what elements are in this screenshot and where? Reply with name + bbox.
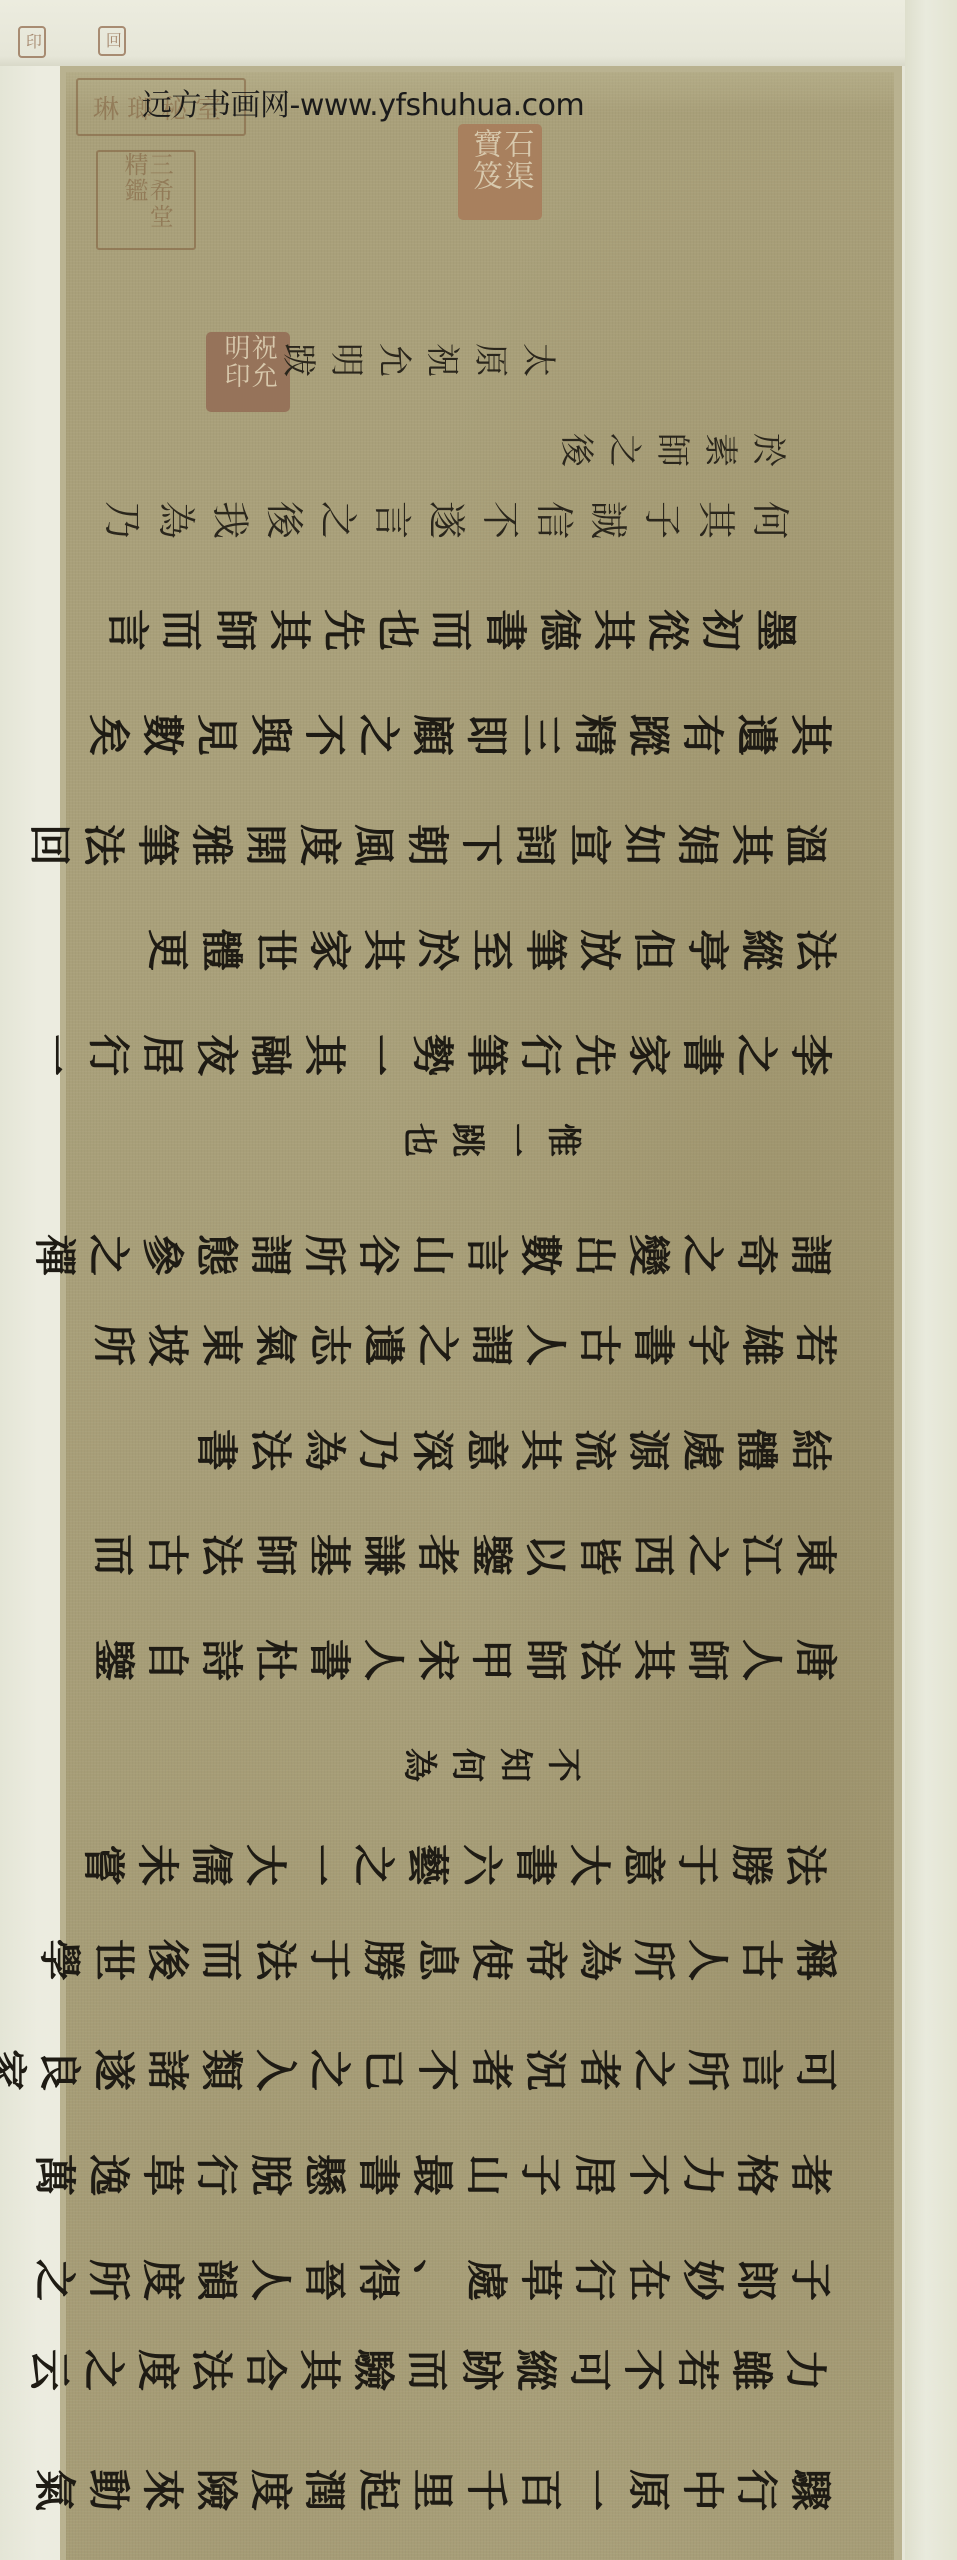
calligraphy-character: 格 [731,2150,781,2200]
calligraphy-character: 于 [672,1840,722,1890]
calligraphy-character: 可 [564,2345,614,2395]
calligraphy-character: 書 [304,1635,354,1685]
seal-text: 回 [104,32,121,50]
calligraphy-character: 其 [588,605,638,655]
calligraphy-character: 杜 [250,1635,300,1685]
calligraphy-character: 筆 [132,820,182,870]
calligraphy-character: 一 [569,2465,619,2515]
calligraphy-character: 稱 [790,1935,840,1985]
calligraphy-character: 家 [623,1030,673,1080]
calligraphy-character: 古 [736,1935,786,1985]
calligraphy-character: 雄 [736,1320,786,1370]
calligraphy-character: 藝 [402,1840,452,1890]
calligraphy-character: 人 [520,1320,570,1370]
calligraphy-character: 意 [618,1840,668,1890]
calligraphy-character: 放 [574,925,624,975]
calligraphy-character: 法 [790,925,840,975]
calligraphy-character: 有 [677,710,727,760]
calligraphy-character: 度 [294,820,344,870]
calligraphy-character: 即 [461,710,511,760]
calligraphy-character: 遂 [421,495,471,545]
calligraphy-character: 韻 [191,2255,241,2305]
calligraphy-character: 不 [618,2345,668,2395]
calligraphy-character: 處 [461,2255,511,2305]
calligraphy-character: 奇 [731,1230,781,1280]
calligraphy-column: 者格力不居子山最書懸脫行草逸萬 [25,2148,835,2202]
calligraphy-character: 人 [358,1635,408,1685]
calligraphy-character: 但 [628,925,678,975]
calligraphy-character: 法 [574,1635,624,1685]
calligraphy-character: 居 [137,1030,187,1080]
calligraphy-character: 為 [574,1935,624,1985]
calligraphy-column: 子郎妙在行草處、得晉人韻度所之 [25,2253,835,2307]
calligraphy-character: 而 [196,1935,246,1985]
calligraphy-character: 不 [299,710,349,760]
calligraphy-character: 顧 [407,710,457,760]
calligraphy-character: 所 [299,1230,349,1280]
calligraphy-character: 娟 [672,820,722,870]
calligraphy-character: 其 [726,820,776,870]
calligraphy-character: 之 [78,2345,128,2395]
calligraphy-character: 融 [245,1030,295,1080]
calligraphy-column: 唐人師其法師甲宋人書杜詩自鑒 [84,1633,840,1687]
calligraphy-character: 鑒 [88,1635,138,1685]
calligraphy-character: 謂 [466,1320,516,1370]
calligraphy-character: 人 [736,1635,786,1685]
calligraphy-character: 體 [731,1425,781,1475]
calligraphy-character: 而 [156,605,206,655]
calligraphy-character: 之 [313,495,363,545]
calligraphy-column: 可言所之者況者不已之入類諸遂良家 [0,2043,840,2097]
calligraphy-character: 言 [736,2045,786,2095]
calligraphy-character: 草 [137,2150,187,2200]
calligraphy-character: 行 [191,2150,241,2200]
calligraphy-character: 言 [367,495,417,545]
calligraphy-character: 大 [240,1840,290,1890]
calligraphy-character: 學 [34,1935,84,1985]
calligraphy-character: 于 [304,1935,354,1985]
calligraphy-character: 後 [259,495,309,545]
mount-seal-1: 印 [18,26,46,58]
calligraphy-character: 度 [132,2345,182,2395]
calligraphy-character: 之 [83,1230,133,1280]
calligraphy-character: 山 [461,2150,511,2200]
calligraphy-character: 之 [29,2255,79,2305]
calligraphy-character: 夜 [191,1030,241,1080]
calligraphy-column: 法縱亭但放筆至於其家世體更 [138,923,840,977]
calligraphy-column: 李之書家先行筆勢一其融夜居行一 [25,1028,835,1082]
calligraphy-character: 師 [210,605,260,655]
calligraphy-character: 山 [407,1230,457,1280]
calligraphy-character: 、 [407,2255,457,2305]
mount-right-strip [905,0,957,2560]
calligraphy-character: 明 [321,338,371,382]
calligraphy-column: 驟行中原一百千里起潤度險來動氣 [25,2463,835,2517]
calligraphy-character: 世 [250,925,300,975]
calligraphy-character: 古 [574,1320,624,1370]
calligraphy-character: 不 [412,2045,462,2095]
calligraphy-character: 初 [696,605,746,655]
calligraphy-character: 書 [191,1425,241,1475]
calligraphy-character: 唐 [790,1635,840,1685]
calligraphy-character: 亭 [682,925,732,975]
calligraphy-character: 一 [490,1118,540,1162]
calligraphy-character: 於 [412,925,462,975]
seal-top-center: 石渠寶笈 [458,124,542,220]
calligraphy-character: 書 [628,1320,678,1370]
calligraphy-character: 謂 [245,1230,295,1280]
calligraphy-character: 一 [29,1030,79,1080]
calligraphy-character: 更 [142,925,192,975]
calligraphy-character: 而 [402,2345,452,2395]
calligraphy-character: 謙 [358,1530,408,1580]
calligraphy-character: 之 [304,2045,354,2095]
calligraphy-character: 人 [682,1935,732,1985]
calligraphy-character: 墨 [750,605,800,655]
calligraphy-character: 之 [682,1530,732,1580]
calligraphy-character: 下 [456,820,506,870]
calligraphy-character: 人 [245,2255,295,2305]
calligraphy-character: 遂 [88,2045,138,2095]
calligraphy-character: 萬 [29,2150,79,2200]
calligraphy-character: 妙 [677,2255,727,2305]
calligraphy-character: 跳 [442,1118,492,1162]
calligraphy-character: 乃 [97,495,147,545]
calligraphy-character: 溫 [780,820,830,870]
calligraphy-character: 宋 [412,1635,462,1685]
calligraphy-character: 其 [628,1635,678,1685]
calligraphy-column: 法勝于意大書六藝之一大儒未嘗 [74,1838,830,1892]
seal-top-left-square: 三希堂精鑑 [96,150,196,250]
calligraphy-character: 惟 [538,1118,588,1162]
calligraphy-character: 江 [736,1530,786,1580]
calligraphy-character: 中 [677,2465,727,2515]
calligraphy-character: 縱 [736,925,786,975]
calligraphy-character: 所 [83,2255,133,2305]
calligraphy-character: 後 [142,1935,192,1985]
calligraphy-character: 也 [394,1118,444,1162]
calligraphy-character: 西 [628,1530,678,1580]
calligraphy-character: 詞 [510,820,560,870]
calligraphy-column: 墨初從其德書而也先其師而言 [98,603,800,657]
calligraphy-character: 縱 [510,2345,560,2395]
calligraphy-character: 如 [618,820,668,870]
calligraphy-character: 遺 [358,1320,408,1370]
calligraphy-character: 書 [353,2150,403,2200]
calligraphy-column: 惟一跳也 [393,1113,585,1167]
calligraphy-character: 至 [466,925,516,975]
calligraphy-character: 法 [245,1425,295,1475]
calligraphy-character: 東 [196,1320,246,1370]
calligraphy-character: 起 [353,2465,403,2515]
calligraphy-character: 東 [790,1530,840,1580]
calligraphy-character: 法 [186,2345,236,2395]
calligraphy-character: 子 [785,2255,835,2305]
calligraphy-character: 志 [304,1320,354,1370]
calligraphy-character: 郎 [731,2255,781,2305]
calligraphy-character: 者 [574,2045,624,2095]
calligraphy-character: 也 [372,605,422,655]
calligraphy-character: 皆 [574,1530,624,1580]
calligraphy-character: 懸 [299,2150,349,2200]
calligraphy-character: 而 [88,1530,138,1580]
calligraphy-character: 里 [407,2465,457,2515]
calligraphy-character: 息 [412,1935,462,1985]
calligraphy-character: 驟 [785,2465,835,2515]
calligraphy-character: 數 [515,1230,565,1280]
calligraphy-character: 度 [137,2255,187,2305]
calligraphy-character: 精 [569,710,619,760]
calligraphy-character: 谷 [353,1230,403,1280]
calligraphy-column: 東江之西皆以鑒者謙基師法古而 [84,1528,840,1582]
calligraphy-character: 儒 [186,1840,236,1890]
calligraphy-character: 基 [304,1530,354,1580]
calligraphy-character: 驗 [348,2345,398,2395]
calligraphy-character: 師 [250,1530,300,1580]
calligraphy-character: 詩 [196,1635,246,1685]
calligraphy-character: 雅 [186,820,236,870]
calligraphy-character: 其 [264,605,314,655]
calligraphy-character: 數 [137,710,187,760]
calligraphy-character: 後 [551,428,601,472]
calligraphy-character: 開 [240,820,290,870]
calligraphy-character: 書 [677,1030,727,1080]
calligraphy-character: 險 [191,2465,241,2515]
calligraphy-character: 禪 [29,1230,79,1280]
calligraphy-character: 雖 [726,2345,776,2395]
calligraphy-character: 跋 [273,338,323,382]
calligraphy-character: 其 [515,1425,565,1475]
calligraphy-character: 乃 [353,1425,403,1475]
calligraphy-character: 而 [426,605,476,655]
calligraphy-character: 參 [137,1230,187,1280]
calligraphy-character: 之 [348,1840,398,1890]
calligraphy-character: 言 [102,605,152,655]
calligraphy-character: 行 [569,2255,619,2305]
calligraphy-character: 法 [780,1840,830,1890]
calligraphy-character: 跡 [456,2345,506,2395]
calligraphy-character: 態 [191,1230,241,1280]
calligraphy-character: 所 [628,1935,678,1985]
calligraphy-character: 使 [466,1935,516,1985]
calligraphy-character: 若 [790,1320,840,1370]
calligraphy-character: 一 [353,1030,403,1080]
calligraphy-character: 類 [196,2045,246,2095]
mount-top-band [0,0,957,66]
calligraphy-character: 百 [515,2465,565,2515]
calligraphy-character: 源 [623,1425,673,1475]
calligraphy-character: 氣 [29,2465,79,2515]
calligraphy-character: 德 [534,605,584,655]
calligraphy-character: 自 [142,1635,192,1685]
calligraphy-character: 先 [569,1030,619,1080]
calligraphy-character: 遺 [731,710,781,760]
calligraphy-character: 之 [412,1320,462,1370]
calligraphy-character: 未 [132,1840,182,1890]
calligraphy-character: 為 [394,1743,444,1787]
calligraphy-character: 大 [564,1840,614,1890]
calligraphy-character: 朝 [402,820,452,870]
calligraphy-character: 甲 [466,1635,516,1685]
calligraphy-character: 世 [88,1935,138,1985]
calligraphy-character: 結 [785,1425,835,1475]
calligraphy-character: 者 [412,1530,462,1580]
calligraphy-character: 帝 [520,1935,570,1985]
calligraphy-character: 若 [672,2345,722,2395]
calligraphy-character: 其 [358,925,408,975]
calligraphy-character: 古 [142,1530,192,1580]
calligraphy-character: 師 [647,428,697,472]
calligraphy-character: 得 [353,2255,403,2305]
calligraphy-character: 先 [318,605,368,655]
calligraphy-character: 其 [691,495,741,545]
calligraphy-character: 於 [743,428,793,472]
calligraphy-character: 為 [151,495,201,545]
calligraphy-character: 出 [569,1230,619,1280]
calligraphy-character: 者 [785,2150,835,2200]
calligraphy-character: 氣 [250,1320,300,1370]
calligraphy-character: 行 [515,1030,565,1080]
calligraphy-character: 知 [490,1743,540,1787]
mount-seal-2: 回 [98,26,126,56]
calligraphy-character: 子 [637,495,687,545]
calligraphy-character: 與 [245,710,295,760]
calligraphy-character: 最 [407,2150,457,2200]
calligraphy-column: 謂奇之變出數言山谷所謂態參之禪 [25,1228,835,1282]
calligraphy-character: 變 [623,1230,673,1280]
calligraphy-column: 稱古人所為帝使息勝于法而後世學 [30,1933,840,1987]
seal-text: 祝允明印 [221,334,276,410]
calligraphy-character: 晉 [299,2255,349,2305]
calligraphy-character: 不 [538,1743,588,1787]
seal-text: 石渠寶笈 [469,128,532,216]
calligraphy-character: 草 [515,2255,565,2305]
calligraphy-character: 之 [677,1230,727,1280]
calligraphy-character: 言 [461,1230,511,1280]
calligraphy-column: 若雄字書古人謂之遺志氣東坡所 [84,1318,840,1372]
calligraphy-character: 李 [785,1030,835,1080]
calligraphy-character: 我 [205,495,255,545]
calligraphy-character: 力 [677,2150,727,2200]
calligraphy-character: 法 [196,1530,246,1580]
calligraphy-character: 宣 [564,820,614,870]
calligraphy-column: 力雖若不可縱跡而驗其合法度之云 [20,2343,830,2397]
calligraphy-character: 合 [240,2345,290,2395]
calligraphy-character: 信 [529,495,579,545]
calligraphy-column: 何其子誠信不遂言之後我為乃 [93,493,795,547]
seal-text: 印 [24,33,41,51]
calligraphy-character: 力 [780,2345,830,2395]
calligraphy-character: 書 [510,1840,560,1890]
calligraphy-character: 何 [745,495,795,545]
calligraphy-character: 者 [466,2045,516,2095]
calligraphy-character: 法 [250,1935,300,1985]
calligraphy-character: 所 [88,1320,138,1370]
calligraphy-character: 筆 [461,1030,511,1080]
calligraphy-character: 逸 [83,2150,133,2200]
calligraphy-character: 行 [731,2465,781,2515]
calligraphy-column: 溫其娟如宣詞下朝風度開雅筆法回 [20,818,830,872]
calligraphy-character: 之 [599,428,649,472]
calligraphy-character: 書 [480,605,530,655]
calligraphy-character: 誠 [583,495,633,545]
calligraphy-character: 素 [695,428,745,472]
calligraphy-character: 不 [623,2150,673,2200]
calligraphy-column: 其遺有蹤精三即顧之不與見數矣 [79,708,835,762]
calligraphy-character: 蹤 [623,710,673,760]
calligraphy-character: 諸 [142,2045,192,2095]
calligraphy-character: 回 [24,820,74,870]
calligraphy-character: 一 [294,1840,344,1890]
calligraphy-character: 三 [515,710,565,760]
calligraphy-character: 入 [250,2045,300,2095]
calligraphy-character: 流 [569,1425,619,1475]
calligraphy-character: 謂 [785,1230,835,1280]
watermark-text: 远方书画网-www.yfshuhua.com [142,80,584,124]
calligraphy-character: 嘗 [78,1840,128,1890]
calligraphy-character: 脫 [245,2150,295,2200]
calligraphy-character: 其 [299,1030,349,1080]
calligraphy-character: 千 [461,2465,511,2515]
calligraphy-character: 師 [520,1635,570,1685]
calligraphy-character: 六 [456,1840,506,1890]
calligraphy-character: 深 [407,1425,457,1475]
calligraphy-character: 其 [294,2345,344,2395]
calligraphy-character: 勝 [358,1935,408,1985]
calligraphy-character: 勢 [407,1030,457,1080]
calligraphy-character: 筆 [520,925,570,975]
calligraphy-character: 為 [299,1425,349,1475]
calligraphy-column: 結體處源流其意深乃為法書 [187,1423,835,1477]
calligraphy-character: 矣 [83,710,133,760]
calligraphy-character: 勝 [726,1840,776,1890]
calligraphy-character: 子 [515,2150,565,2200]
calligraphy-character: 家 [0,2045,30,2095]
calligraphy-character: 體 [196,925,246,975]
calligraphy-character: 之 [628,2045,678,2095]
calligraphy-character: 可 [790,2045,840,2095]
calligraphy-character: 云 [24,2345,74,2395]
calligraphy-character: 以 [520,1530,570,1580]
calligraphy-character: 允 [369,338,419,382]
calligraphy-character: 家 [304,925,354,975]
calligraphy-character: 良 [34,2045,84,2095]
calligraphy-character: 原 [623,2465,673,2515]
calligraphy-character: 從 [642,605,692,655]
calligraphy-character: 祝 [417,338,467,382]
calligraphy-character: 居 [569,2150,619,2200]
calligraphy-character: 師 [682,1635,732,1685]
calligraphy-character: 況 [520,2045,570,2095]
calligraphy-character: 動 [83,2465,133,2515]
calligraphy-character: 之 [353,710,403,760]
calligraphy-character: 太 [513,338,563,382]
calligraphy-character: 行 [83,1030,133,1080]
calligraphy-character: 風 [348,820,398,870]
calligraphy-character: 度 [245,2465,295,2515]
calligraphy-character: 已 [358,2045,408,2095]
calligraphy-character: 鑒 [466,1530,516,1580]
calligraphy-character: 潤 [299,2465,349,2515]
calligraphy-character: 意 [461,1425,511,1475]
calligraphy-character: 字 [682,1320,732,1370]
calligraphy-column: 太原祝允明跋 [272,333,560,387]
calligraphy-character: 何 [442,1743,492,1787]
calligraphy-character: 來 [137,2465,187,2515]
calligraphy-character: 其 [785,710,835,760]
calligraphy-character: 所 [682,2045,732,2095]
calligraphy-character: 見 [191,710,241,760]
